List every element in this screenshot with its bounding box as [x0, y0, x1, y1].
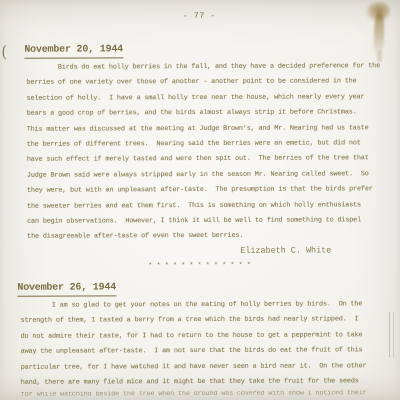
document-page: - 77 - November 20, 1944 Birds do eat ho… [0, 0, 400, 400]
asterisk-separator: * * * * * * * * * * * * * [148, 262, 251, 270]
page-number: - 77 - [0, 11, 399, 22]
pen-mark-left-margin: ( [2, 44, 7, 60]
letter-date-heading-1: November 20, 1944 [24, 44, 123, 58]
letter-body-2: I am so glad to get your notes on the ea… [20, 297, 366, 391]
letter-body-1: Birds do eat holly berries in the fall, … [26, 59, 380, 245]
signature: Elizabeth C. White [240, 245, 331, 255]
clipped-bottom-line: for while watching beside the tree when … [21, 390, 381, 396]
letter-date-heading-2-text: November 26, 1944 [17, 282, 116, 296]
stain-mark-tail [377, 50, 382, 63]
edge-mark-right [389, 312, 394, 357]
letter-date-heading-2: November 26, 1944 [17, 282, 116, 296]
letter-date-heading-1-text: November 20, 1944 [24, 44, 123, 58]
clipped-bottom-line-text: for while watching beside the tree when … [21, 390, 381, 396]
